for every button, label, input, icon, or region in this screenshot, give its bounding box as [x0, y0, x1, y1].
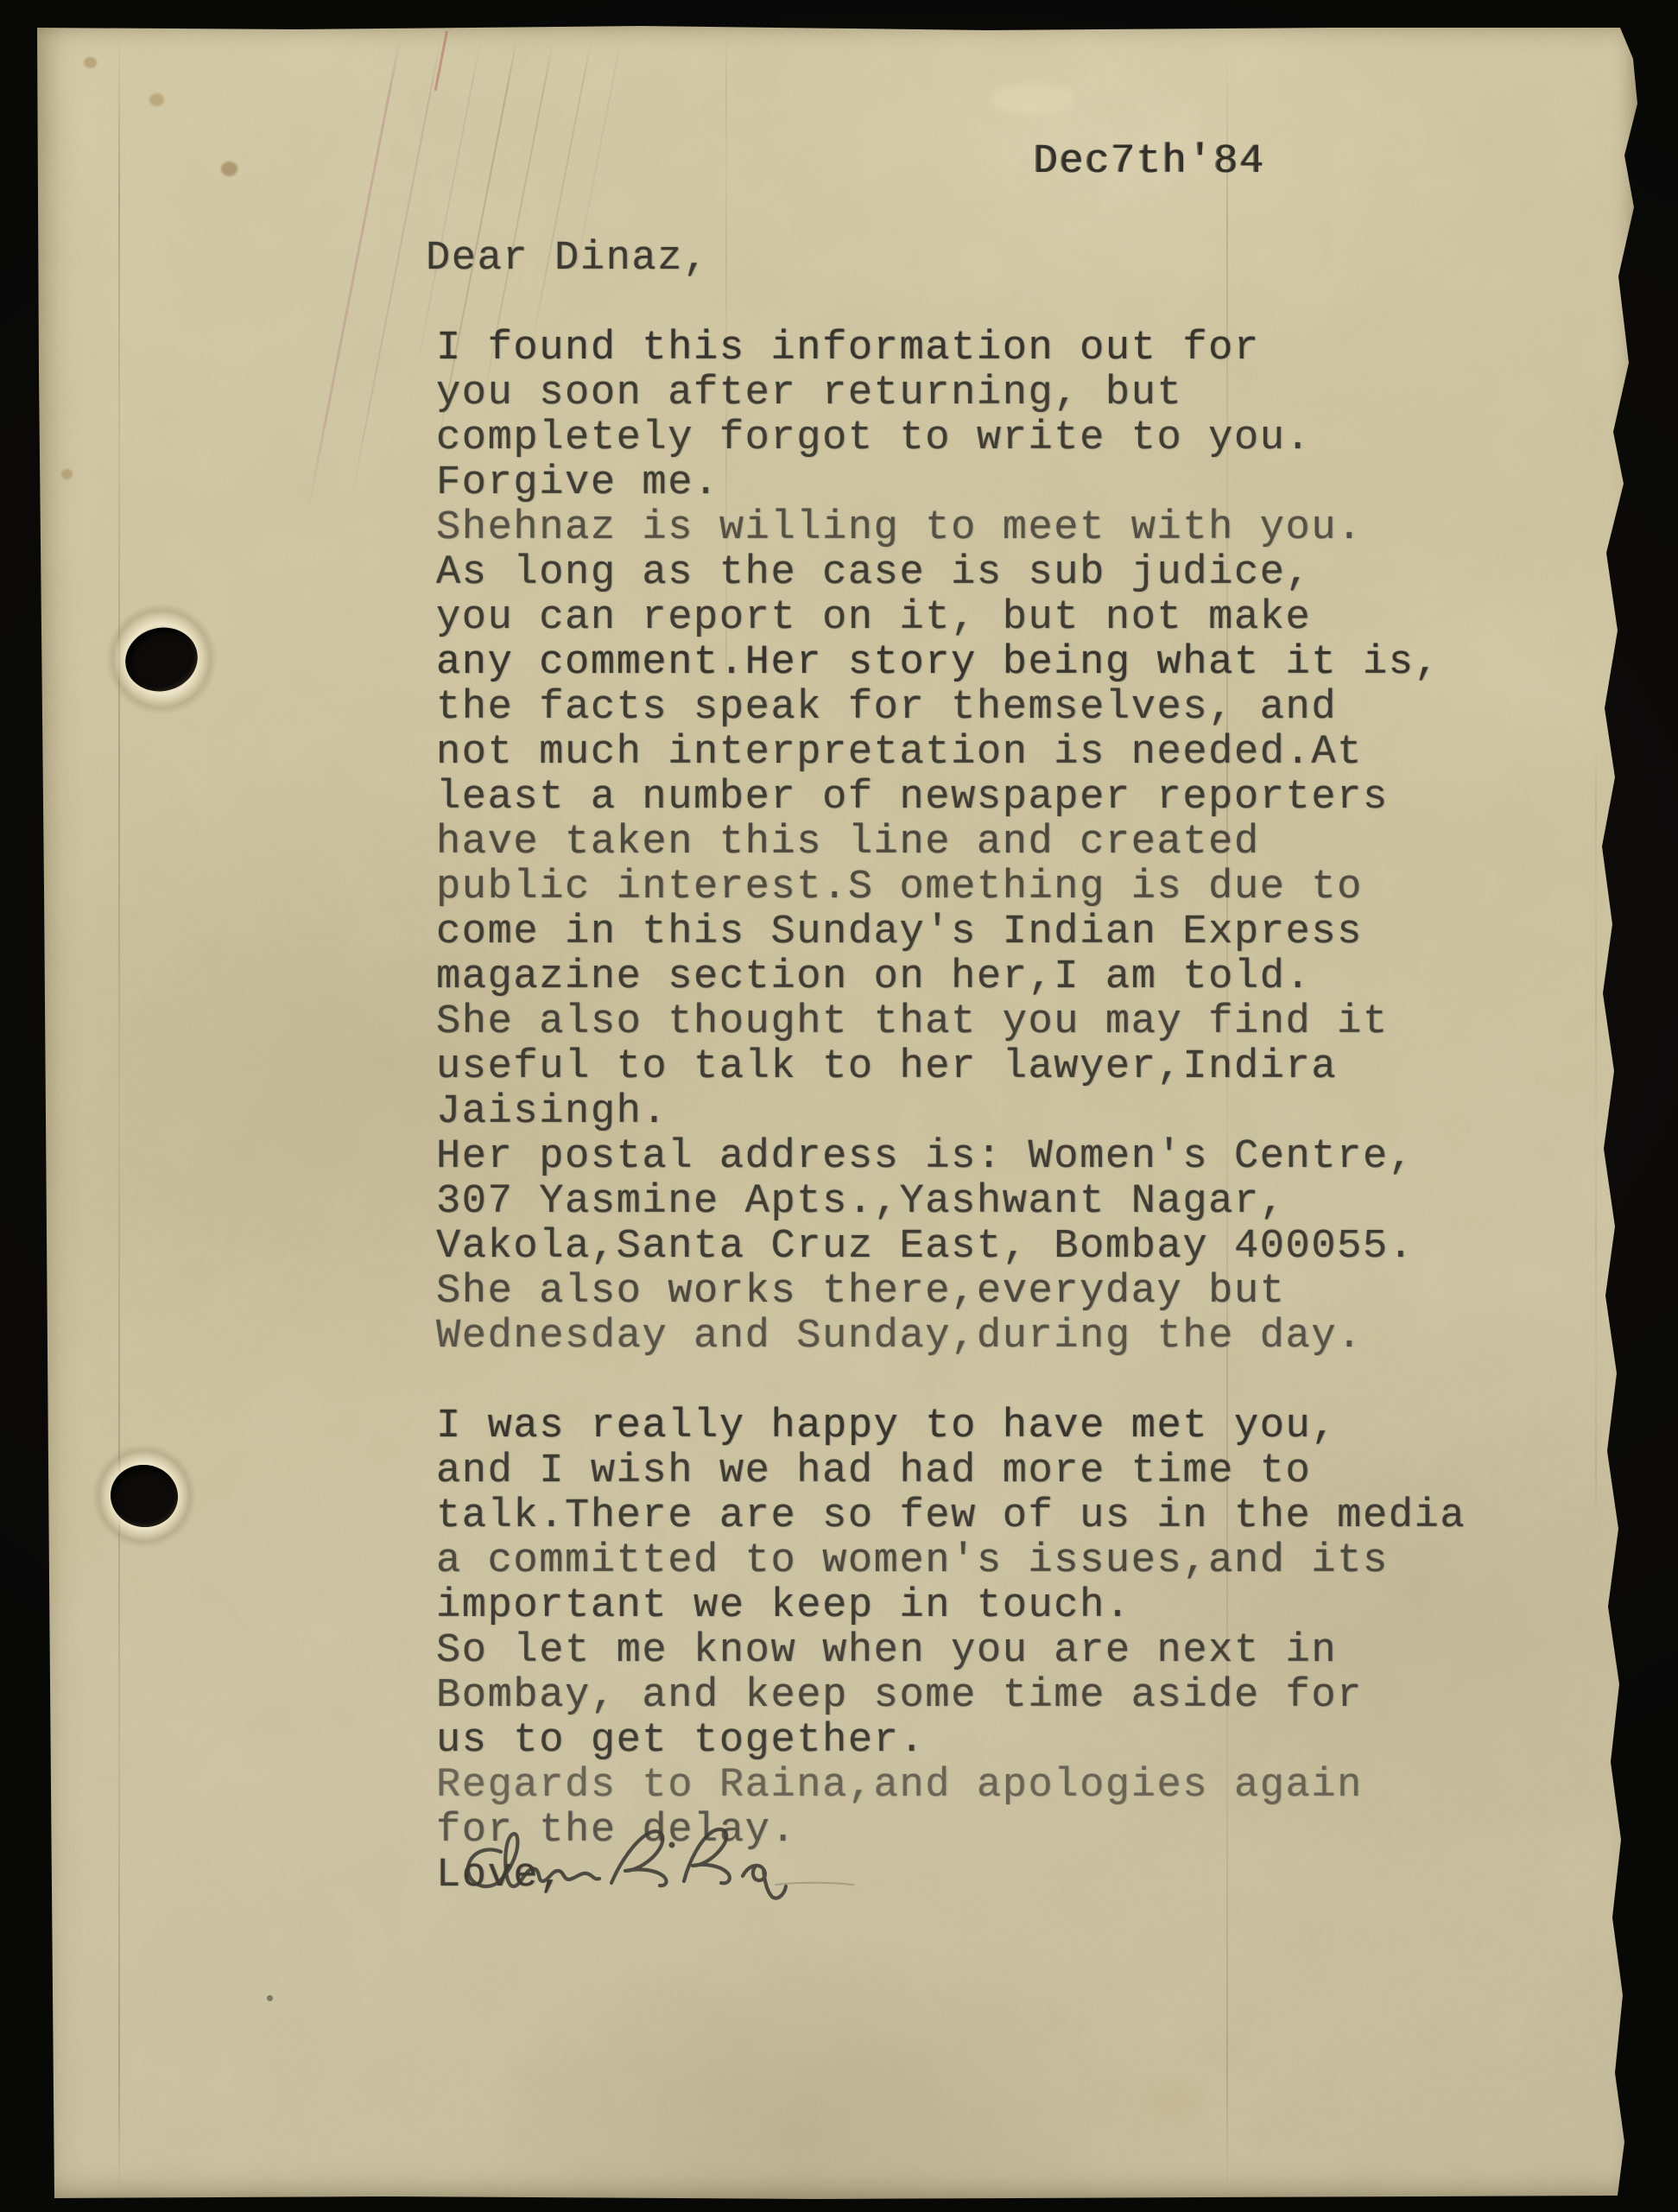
letter-line: Vakola,Santa Cruz East, Bombay 400055.	[436, 1225, 1567, 1270]
letter-line: Shehnaz is willing to meet with you.	[436, 506, 1567, 551]
letter-line: the facts speak for themselves, and	[436, 686, 1567, 731]
letter-line: you can report on it, but not make	[436, 596, 1567, 641]
wrinkle-highlight	[991, 85, 1073, 114]
letter-line: As long as the case is sub judice,	[436, 551, 1567, 596]
letter-line: 307 Yasmine Apts.,Yashwant Nagar,	[436, 1180, 1567, 1225]
letter-line: us to get together.	[436, 1719, 1567, 1764]
signature-handwriting	[458, 1816, 872, 1936]
letter-line: She also thought that you may find it	[436, 1000, 1567, 1045]
scan-background: { "letter": { "date": "Dec7th'84", "salu…	[0, 0, 1678, 2212]
edge-fold-crease	[1595, 743, 1597, 1520]
letter-line: public interest.S omething is due to	[436, 865, 1567, 910]
letter-line: completely forgot to write to you.	[436, 416, 1567, 461]
letter-line: important we keep in touch.	[436, 1584, 1567, 1629]
letter-date: Dec7th'84	[1034, 140, 1265, 185]
letter-lines: I found this information out for you soo…	[436, 326, 1567, 1898]
letter-line: magazine section on her,I am told.	[436, 955, 1567, 1000]
punch-hole-bottom	[106, 1461, 181, 1531]
letter-line: have taken this line and created	[436, 821, 1567, 865]
letter-line: Her postal address is: Women's Centre,	[436, 1135, 1567, 1180]
letter-line: a committed to women's issues,and its	[436, 1539, 1567, 1584]
stain-spot	[1143, 2082, 1203, 2120]
stain-spot	[84, 57, 97, 68]
transfer-line	[434, 31, 448, 91]
salutation: Dear Dinaz,	[426, 237, 1567, 282]
letter-line: and I wish we had had more time to	[436, 1449, 1567, 1494]
left-fold-crease	[118, 26, 120, 2198]
letter-line: useful to talk to her lawyer,Indira	[436, 1045, 1567, 1090]
letter-line: come in this Sunday's Indian Express	[436, 910, 1567, 955]
letter-line: talk.There are so few of us in the media	[436, 1494, 1567, 1539]
punch-hole-top	[118, 620, 204, 699]
letter-line: I found this information out for	[436, 326, 1567, 371]
letter-line: Regards to Raina,and apologies again	[436, 1764, 1567, 1809]
letter-line: Jaisingh.	[436, 1090, 1567, 1135]
stain-spot	[61, 469, 73, 479]
letter-line: least a number of newspaper reporters	[436, 776, 1567, 821]
letter-line: She also works there,everyday but	[436, 1270, 1567, 1315]
letter-paper: Dec7th'84 Dear Dinaz, I found this infor…	[37, 26, 1637, 2201]
stain-spot	[267, 1995, 273, 2001]
letter-line: Bombay, and keep some time aside for	[436, 1674, 1567, 1719]
letter-line: Wednesday and Sunday,during the day.	[436, 1315, 1567, 1360]
letter-line: So let me know when you are next in	[436, 1629, 1567, 1674]
letter-line: Forgive me.	[436, 461, 1567, 506]
letter-line: any comment.Her story being what it is,	[436, 641, 1567, 686]
letter-body: Dear Dinaz, I found this information out…	[436, 237, 1567, 1898]
letter-line: not much interpretation is needed.At	[436, 731, 1567, 776]
letter-line	[436, 1360, 1567, 1404]
stain-spot	[221, 162, 237, 176]
stain-spot	[149, 93, 164, 106]
letter-line: I was really happy to have met you,	[436, 1404, 1567, 1449]
transfer-line	[307, 36, 401, 511]
letter-line: you soon after returning, but	[436, 371, 1567, 416]
